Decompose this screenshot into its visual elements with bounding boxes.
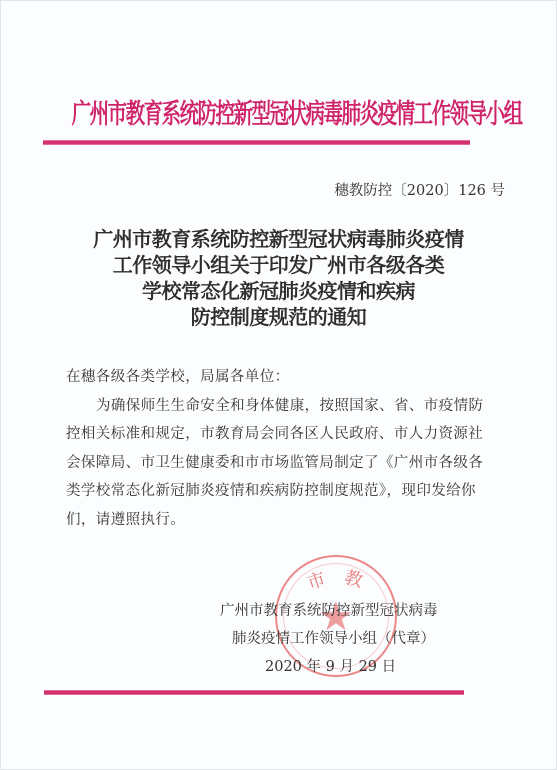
red-header-rule xyxy=(43,140,470,145)
title-line: 防控制度规范的通知 xyxy=(0,304,557,330)
issue-date: 2020 年 9 月 29 日 xyxy=(265,653,396,681)
body-line: 类学校常态化新冠肺炎疫情和疾病防控制度规范》，现印发给你 xyxy=(66,477,506,506)
document-number: 穗教防控〔2020〕126 号 xyxy=(334,179,505,200)
title-line: 工作领导小组关于印发广州市各级各类 xyxy=(0,252,557,278)
title-line: 广州市教育系统防控新型冠状病毒肺炎疫情 xyxy=(0,226,557,252)
red-footer-rule xyxy=(44,690,464,695)
salutation: 在穗各级各类学校，局属各单位： xyxy=(66,363,506,392)
body-line: 会保障局、市卫生健康委和市市场监管局制定了《广州市各级各 xyxy=(66,449,506,478)
document-body: 在穗各级各类学校，局属各单位： 为确保师生生命安全和身体健康，按照国家、省、市疫… xyxy=(66,363,506,534)
body-line: 控相关标准和规定，市教育局会同各区人民政府、市人力资源社 xyxy=(66,420,506,449)
body-line: 为确保师生生命安全和身体健康，按照国家、省、市疫情防 xyxy=(66,392,506,421)
body-line: 们，请遵照执行。 xyxy=(66,506,506,535)
title-line: 学校常态化新冠肺炎疫情和疾病 xyxy=(0,278,557,304)
document-title: 广州市教育系统防控新型冠状病毒肺炎疫情 工作领导小组关于印发广州市各级各类 学校… xyxy=(0,226,557,330)
issuer-line: 肺炎疫情工作领导小组（代章） xyxy=(232,625,435,653)
issuer-line: 广州市教育系统防控新型冠状病毒 xyxy=(220,597,438,625)
red-header-organization: 广州市教育系统防控新型冠状病毒肺炎疫情工作领导小组 xyxy=(72,92,473,131)
